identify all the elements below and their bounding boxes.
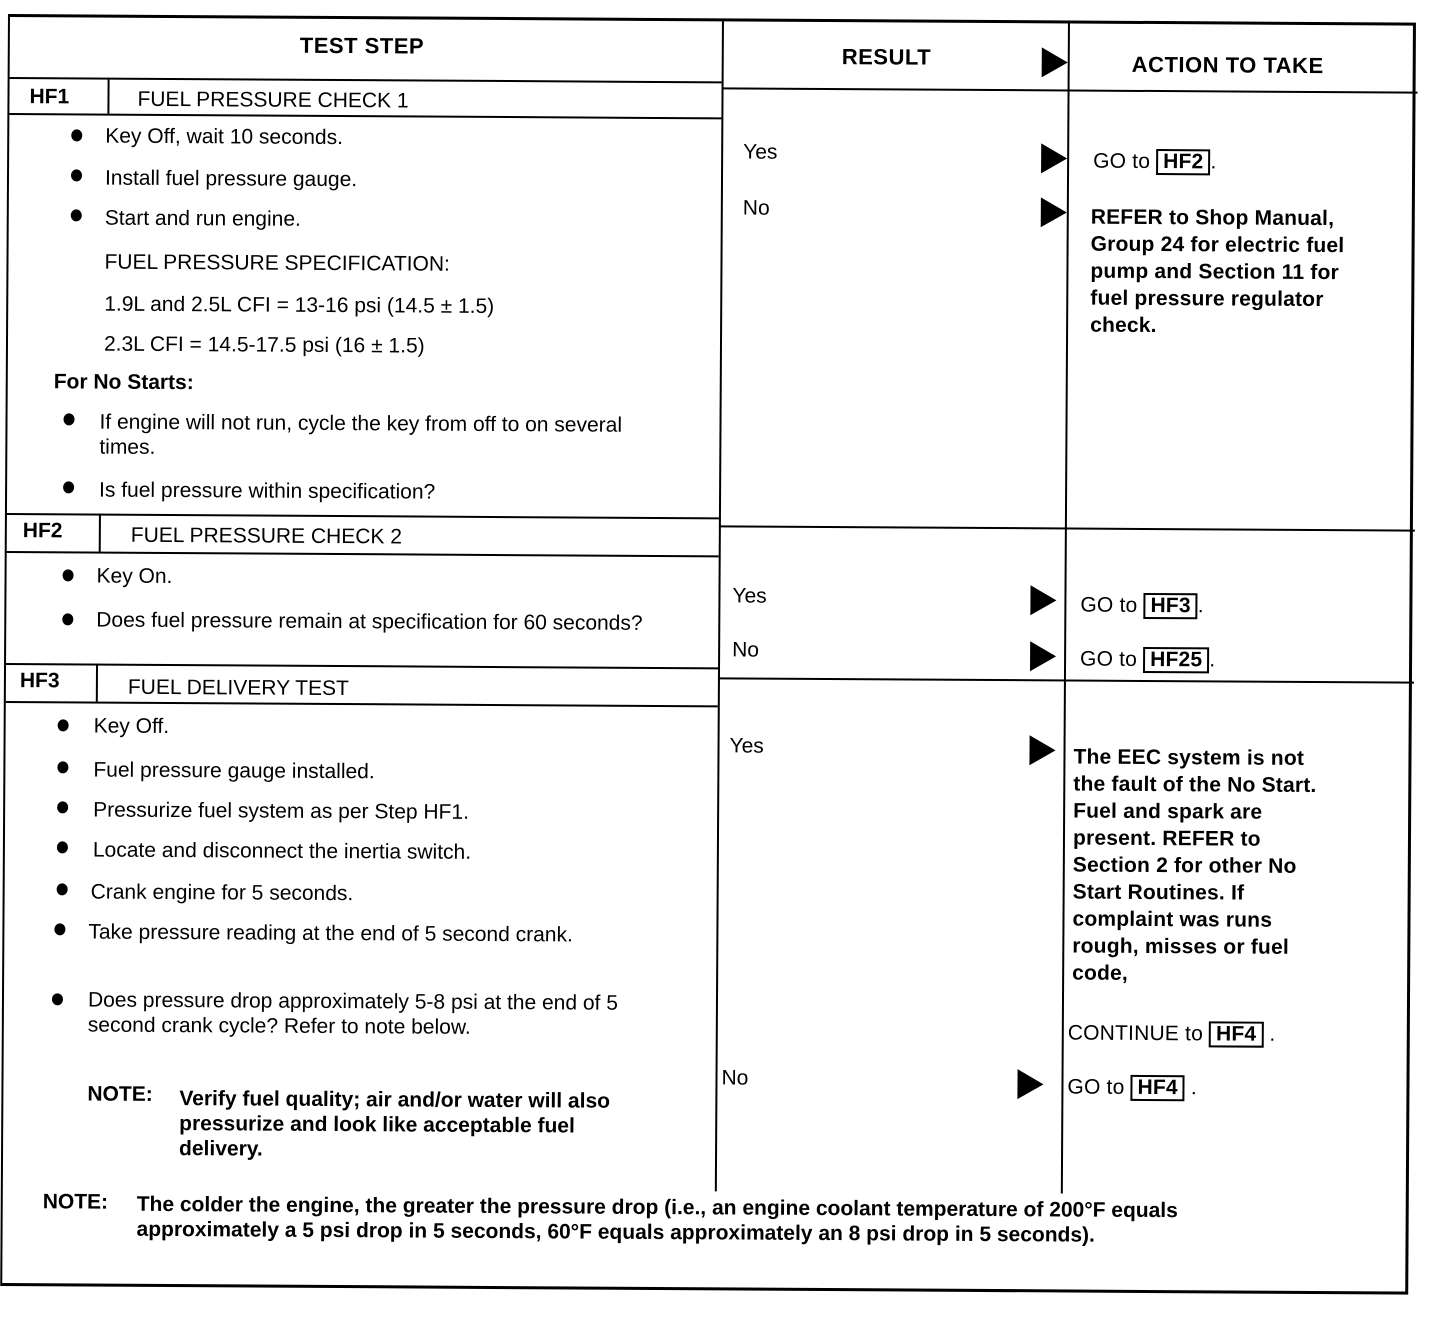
action-goto: GO to HF25. bbox=[1080, 646, 1215, 674]
action-goto: GO to HF4 . bbox=[1067, 1073, 1197, 1101]
bullet-icon bbox=[57, 883, 68, 895]
divider-result bbox=[715, 21, 724, 1191]
result-label: Yes bbox=[743, 139, 777, 164]
arrow-icon bbox=[1017, 1069, 1043, 1099]
spec-line: 2.3L CFI = 14.5-17.5 psi (16 ± 1.5) bbox=[104, 332, 425, 359]
step-title-rule bbox=[6, 701, 718, 707]
step-id-hf2: HF2 bbox=[23, 519, 63, 543]
arrow-icon bbox=[1030, 585, 1056, 615]
step-ref-link[interactable]: HF2 bbox=[1156, 149, 1210, 175]
footer-note-text: The colder the engine, the greater the p… bbox=[137, 1192, 1307, 1249]
step-id-divider bbox=[96, 664, 98, 702]
action-text: REFER to Shop Manual, Group 24 for elect… bbox=[1090, 204, 1371, 341]
diagnostic-table-page: TEST STEP RESULT ACTION TO TAKE HF1 FUEL… bbox=[0, 0, 1440, 1328]
bullet-icon bbox=[71, 129, 82, 141]
footer-note-label: NOTE: bbox=[43, 1189, 108, 1214]
bullet-icon bbox=[54, 923, 65, 935]
result-label: No bbox=[743, 195, 770, 220]
step-bullet: Key On. bbox=[96, 564, 172, 589]
step-rule bbox=[7, 513, 719, 519]
result-label: Yes bbox=[729, 733, 763, 758]
step-ref-link[interactable]: HF3 bbox=[1143, 593, 1197, 619]
step-bullet: Start and run engine. bbox=[105, 206, 301, 232]
bullet-icon bbox=[57, 841, 68, 853]
header-bottom-rule bbox=[10, 77, 722, 83]
step-bullet: Install fuel pressure gauge. bbox=[105, 166, 357, 193]
action-goto: GO to HF3. bbox=[1080, 592, 1204, 620]
result-label: Yes bbox=[732, 583, 766, 608]
action-continue: CONTINUE to HF4 . bbox=[1068, 1019, 1276, 1047]
step-title-rule bbox=[9, 113, 721, 119]
step-bullet: Pressurize fuel system as per Step HF1. bbox=[93, 798, 469, 825]
arrow-icon bbox=[1029, 735, 1055, 765]
step-bullet: Fuel pressure gauge installed. bbox=[93, 758, 374, 785]
header-test-step: TEST STEP bbox=[300, 33, 424, 60]
arrow-icon bbox=[1041, 143, 1067, 173]
step-title-hf2: FUEL PRESSURE CHECK 2 bbox=[131, 524, 402, 550]
action-prefix: GO to bbox=[1093, 150, 1150, 173]
arrow-icon bbox=[1041, 197, 1067, 227]
step-bullet: Is fuel pressure within specification? bbox=[99, 478, 435, 505]
result-label: No bbox=[721, 1065, 748, 1090]
inner-note-text: Verify fuel quality; air and/or water wi… bbox=[179, 1086, 619, 1164]
action-goto: GO to HF2. bbox=[1093, 148, 1217, 176]
bullet-icon bbox=[57, 761, 68, 773]
step-ref-link[interactable]: HF4 bbox=[1209, 1021, 1263, 1047]
step-bullet: If engine will not run, cycle the key fr… bbox=[99, 410, 674, 464]
step-bullet: Take pressure reading at the end of 5 se… bbox=[88, 920, 628, 948]
step-id-hf1: HF1 bbox=[29, 85, 69, 109]
step-bullet: Key Off. bbox=[94, 714, 170, 739]
bullet-icon bbox=[57, 801, 68, 813]
spec-heading: FUEL PRESSURE SPECIFICATION: bbox=[104, 250, 450, 277]
step-rule bbox=[6, 663, 718, 669]
bullet-icon bbox=[71, 209, 82, 221]
bullet-icon bbox=[52, 993, 63, 1005]
inner-note-label: NOTE: bbox=[87, 1082, 152, 1107]
step-title-hf3: FUEL DELIVERY TEST bbox=[128, 676, 349, 701]
subheading-no-starts: For No Starts: bbox=[54, 369, 194, 395]
step-title-hf1: FUEL PRESSURE CHECK 1 bbox=[137, 88, 408, 114]
step-ref-link[interactable]: HF4 bbox=[1130, 1075, 1184, 1101]
step-bullet: Locate and disconnect the inertia switch… bbox=[93, 838, 471, 865]
table-frame: TEST STEP RESULT ACTION TO TAKE HF1 FUEL… bbox=[0, 14, 1416, 1295]
step-ref-link[interactable]: HF25 bbox=[1143, 647, 1209, 673]
bullet-icon bbox=[63, 569, 74, 581]
bullet-icon bbox=[71, 169, 82, 181]
step-bullet: Crank engine for 5 seconds. bbox=[91, 880, 354, 907]
step-bullet: Does fuel pressure remain at specificati… bbox=[96, 608, 676, 637]
header-result: RESULT bbox=[842, 44, 932, 71]
step-title-rule bbox=[7, 551, 719, 557]
arrow-icon bbox=[1030, 641, 1056, 671]
step-bullet: Key Off, wait 10 seconds. bbox=[105, 124, 343, 150]
bullet-icon bbox=[58, 719, 69, 731]
result-label: No bbox=[732, 637, 759, 662]
step-id-divider bbox=[99, 514, 101, 552]
bullet-icon bbox=[63, 413, 74, 425]
arrow-icon bbox=[1042, 47, 1068, 77]
step-id-divider bbox=[107, 78, 109, 114]
action-text: The EEC system is not the fault of the N… bbox=[1072, 744, 1333, 989]
spec-line: 1.9L and 2.5L CFI = 13-16 psi (14.5 ± 1.… bbox=[104, 292, 494, 319]
bullet-icon bbox=[62, 613, 73, 625]
bullet-icon bbox=[63, 481, 74, 493]
header-action: ACTION TO TAKE bbox=[1132, 52, 1324, 79]
step-bullet: Does pressure drop approximately 5-8 psi… bbox=[88, 988, 668, 1042]
step-id-hf3: HF3 bbox=[20, 669, 60, 693]
